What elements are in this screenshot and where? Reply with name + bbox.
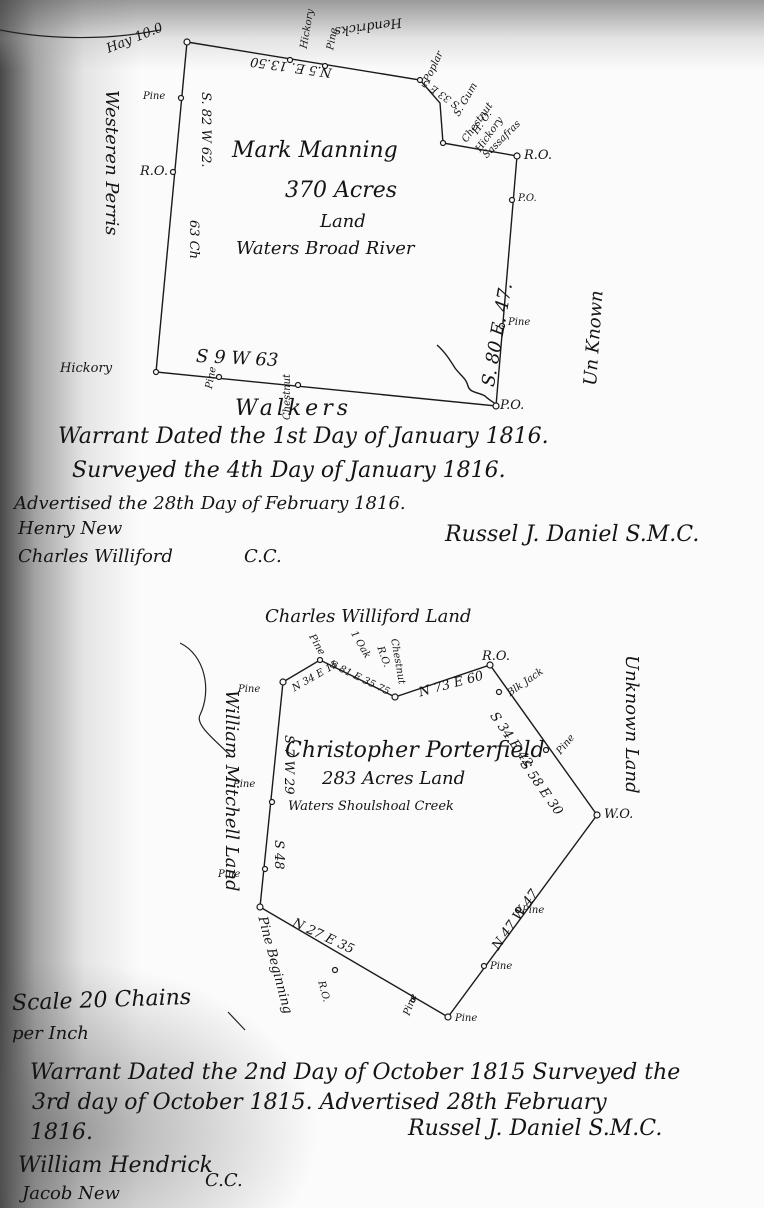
- plat2-corner-ro: R.O.: [482, 650, 510, 663]
- plat1-marker-pine-left: Pine: [143, 92, 165, 102]
- plat2-acres: 283 Acres Land: [322, 770, 465, 788]
- plat2-boundary: [260, 660, 597, 1017]
- plat1-adjoining-bottom: Walkers: [235, 398, 352, 420]
- scanned-page: Hay 10.0 N.5 E. 13.50 Hickory Pine Hendr…: [0, 0, 764, 1208]
- plat2-adjoining-top: Charles Williford Land: [265, 608, 471, 626]
- plat2-line-left-upper: S 7 W 29: [282, 735, 295, 794]
- plat2-line-left-lower: S 48: [272, 840, 285, 870]
- record2-cc: C.C.: [205, 1172, 243, 1190]
- record1-chain-carrier: Charles Williford: [18, 548, 173, 566]
- plat1-line-left: S. 82 W 62.: [199, 92, 212, 168]
- plat1-corner-ro-right: R.O.: [524, 149, 552, 162]
- plat2-marker-pine-low2: Pine: [490, 962, 512, 972]
- plat1-line-left-alt: 63 Ch: [187, 220, 200, 259]
- plat1-marker-po: P.O.: [518, 194, 537, 204]
- plat2-adjoining-right: Unknown Land: [622, 655, 640, 794]
- scale-unit: per Inch: [12, 1025, 89, 1043]
- plat1-waters: Waters Broad River: [236, 240, 415, 258]
- plat2-owner: Christopher Porterfield: [285, 740, 545, 762]
- plat1-corner-hickory: Hickory: [60, 362, 112, 375]
- record1-advertised: Advertised the 28th Day of February 1816…: [14, 495, 406, 513]
- record1-surveyed: Surveyed the 4th Day of January 1816.: [72, 460, 506, 482]
- plat1-marker-ro-left: R.O.: [140, 165, 168, 178]
- record1-cc: C.C.: [244, 548, 282, 566]
- plat1-corner-po: P.O.: [500, 399, 524, 412]
- record2-surveyed: 3rd day of October 1815. Advertised 28th…: [32, 1092, 607, 1114]
- plat1-acres: 370 Acres: [285, 180, 397, 202]
- record1-surveyor-signature: Russel J. Daniel S.M.C.: [445, 524, 699, 546]
- plat1-owner: Mark Manning: [232, 140, 398, 162]
- plat2-adjoining-left: William Mitchell Land: [222, 690, 240, 892]
- record2-warrant: Warrant Dated the 2nd Day of October 181…: [30, 1062, 680, 1084]
- record2-surveyor-signature: Russel J. Daniel S.M.C.: [408, 1118, 662, 1140]
- record2-year: 1816.: [30, 1122, 93, 1144]
- record1-chain-bearers: Henry New: [18, 520, 122, 538]
- plat2-waters: Waters Shoulshoal Creek: [288, 800, 454, 813]
- plat2-corner-wo: W.O.: [604, 808, 633, 821]
- plat1-land: Land: [320, 213, 366, 231]
- plat2-marker-pine-bottom-right: Pine: [455, 1014, 477, 1024]
- plat2-marker-pine-low1: Pine: [522, 906, 544, 916]
- plat1-marker-pine-right: Pine: [508, 318, 530, 328]
- record2-chain-carrier: Jacob New: [22, 1185, 120, 1203]
- plat1-adjoining-left: Westeren Perris: [102, 90, 120, 236]
- record2-chain-bearers: William Hendrick: [18, 1155, 213, 1177]
- record1-warrant: Warrant Dated the 1st Day of January 181…: [58, 426, 549, 448]
